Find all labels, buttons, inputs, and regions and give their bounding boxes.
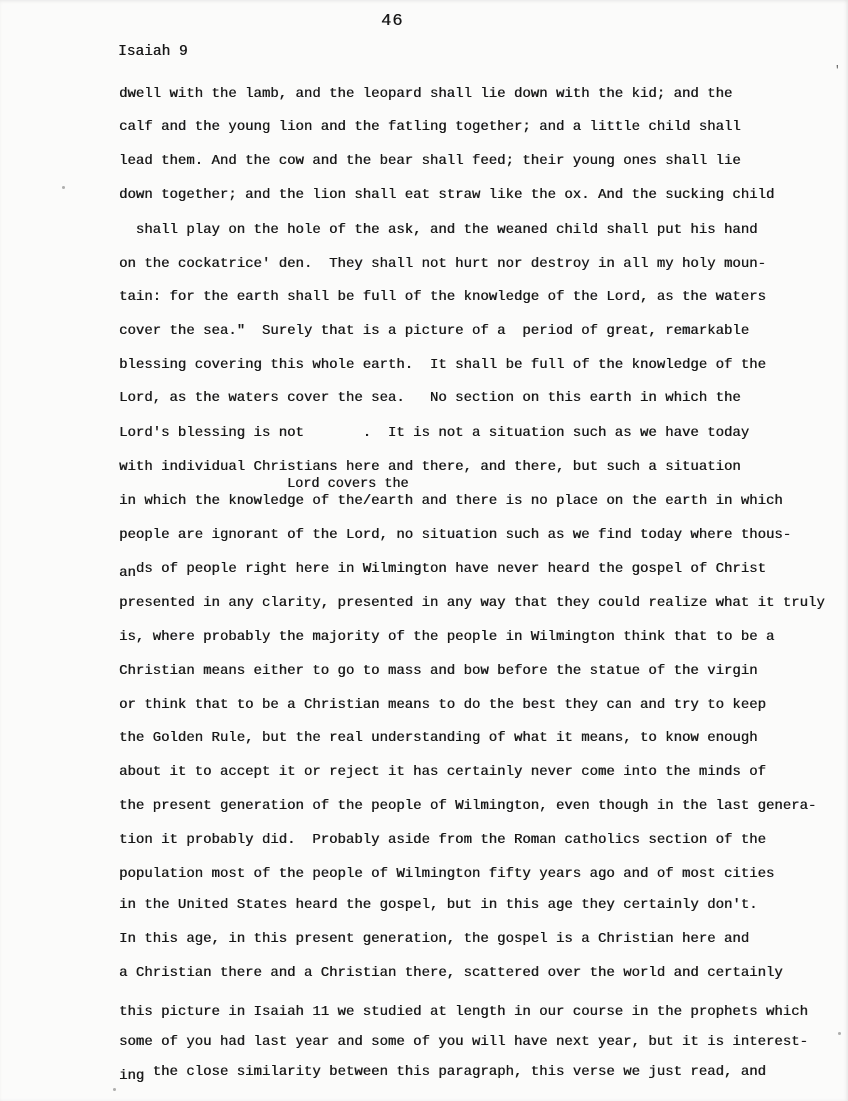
text-line: shall play on the hole of the ask, and t…: [119, 222, 758, 239]
interlinear-insertion: Lord covers the: [287, 476, 409, 493]
text-line: this picture in Isaiah 11 we studied at …: [119, 1004, 808, 1021]
text-line: ands of people right here in Wilmington …: [119, 561, 766, 578]
scan-artifact: [113, 1088, 116, 1091]
document-body: dwell with the lamb, and the leopard sha…: [0, 0, 848, 1101]
text-line: in which the knowledge of the/earth and …: [119, 493, 783, 510]
text-line: calf and the young lion and the fatling …: [119, 119, 741, 136]
text-line: Lord's blessing is not . It is not a sit…: [119, 425, 749, 442]
text-line: In this age, in this present generation,…: [119, 931, 749, 948]
text-line: tain: for the earth shall be full of the…: [119, 289, 766, 306]
document-page: 46 Isaiah 9 dwell with the lamb, and the…: [0, 0, 848, 1101]
scan-artifact: [838, 1032, 841, 1035]
text-line: tion it probably did. Probably aside fro…: [119, 832, 766, 849]
text-line: the present generation of the people of …: [119, 798, 816, 815]
text-line: the Golden Rule, but the real understand…: [119, 730, 758, 747]
text-line: with individual Christians here and ther…: [119, 459, 741, 476]
text-line: about it to accept it or reject it has c…: [119, 764, 766, 781]
text-line: or think that to be a Christian means to…: [119, 697, 766, 714]
text-line: people are ignorant of the Lord, no situ…: [119, 527, 791, 544]
text-line: a Christian there and a Christian there,…: [119, 965, 783, 982]
scan-artifact: [62, 186, 65, 189]
text-line: ing the close similarity between this pa…: [119, 1064, 766, 1081]
scan-artifact: ': [834, 66, 841, 77]
text-line: down together; and the lion shall eat st…: [119, 187, 774, 204]
text-line: population most of the people of Wilming…: [119, 866, 774, 883]
text-line: on the cockatrice' den. They shall not h…: [119, 256, 766, 273]
text-line: blessing covering this whole earth. It s…: [119, 357, 766, 374]
text-line: some of you had last year and some of yo…: [119, 1034, 808, 1051]
text-line: Lord, as the waters cover the sea. No se…: [119, 390, 741, 407]
text-line: dwell with the lamb, and the leopard sha…: [119, 86, 732, 103]
text-line: is, where probably the majority of the p…: [119, 629, 774, 646]
text-line: cover the sea." Surely that is a picture…: [119, 323, 749, 340]
text-line: in the United States heard the gospel, b…: [119, 897, 758, 914]
text-line: presented in any clarity, presented in a…: [119, 595, 825, 612]
text-line: Christian means either to go to mass and…: [119, 663, 758, 680]
text-line: lead them. And the cow and the bear shal…: [119, 153, 741, 170]
